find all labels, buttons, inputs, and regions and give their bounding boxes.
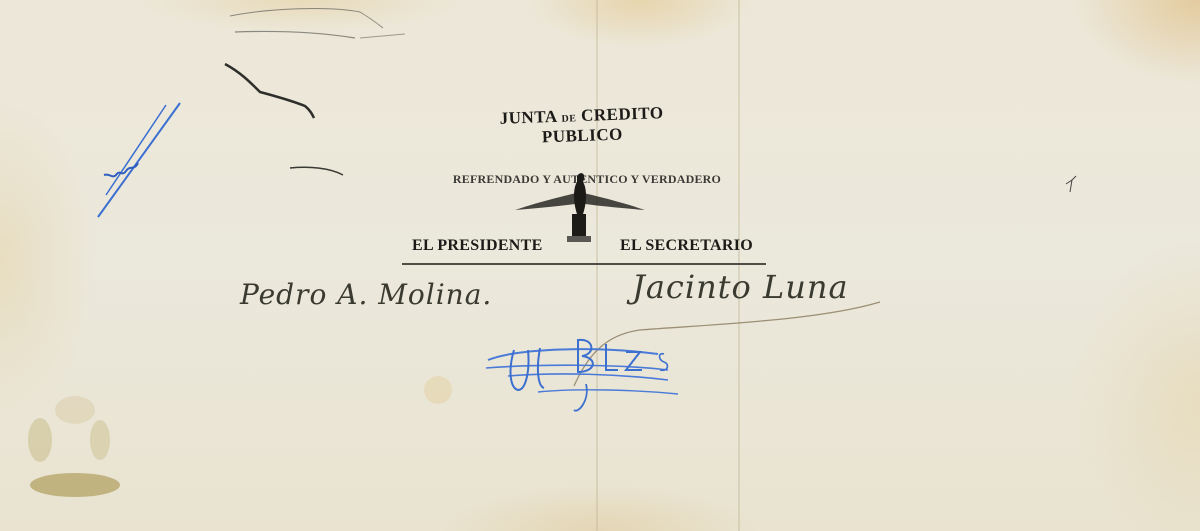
small-mark-icon [1062,172,1082,198]
stamp-secretary-label: EL SECRETARIO [620,237,753,255]
water-stain-icon [0,360,200,531]
junta-credito-publico-stamp: JUNTA DE CREDITO PUBLICO REFRENDADO Y AU… [400,100,770,270]
blue-initials-icon [90,95,190,225]
stamp-signature-line [402,263,766,265]
stamp-president-label: EL PRESIDENTE [412,237,543,255]
stamp-title: JUNTA DE CREDITO PUBLICO [461,102,702,150]
document-paper: JUNTA DE CREDITO PUBLICO REFRENDADO Y AU… [0,0,1200,531]
president-signature: Pedro A. Molina. [240,278,492,311]
blue-paraph-icon [478,330,688,425]
spot-stain-icon [420,370,460,410]
